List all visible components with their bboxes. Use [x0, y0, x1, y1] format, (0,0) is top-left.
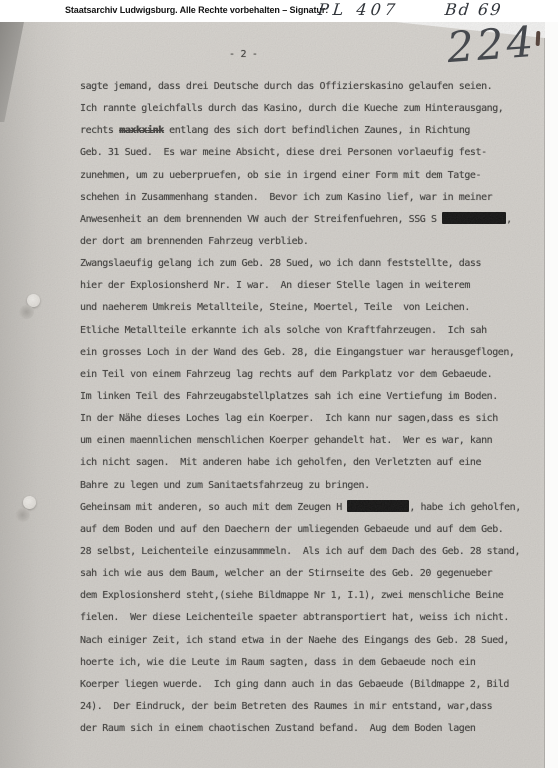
text-segment: Anwesenheit an dem brennenden VW auch de… [80, 214, 442, 225]
text-line: auf dem Boden und auf den Daechern der u… [80, 519, 550, 541]
text-line: dem Explosionsherd steht,(siehe Bildmapp… [80, 585, 550, 607]
text-segment: ein Teil von einem Fahrzeug lag rechts a… [80, 369, 492, 380]
text-segment: schehen in Zusammenhang standen. Bevor i… [80, 192, 492, 203]
text-line: 24). Der Eindruck, der beim Betreten des… [80, 696, 550, 718]
crossed-out-word: maxkxink [119, 125, 164, 136]
text-segment: und naeherem Umkreis Metallteile, Steine… [80, 302, 470, 313]
text-segment: fielen. Wer diese Leichenteile spaeter a… [80, 612, 509, 623]
text-line: Nach einiger Zeit, ich stand etwa in der… [80, 630, 550, 652]
hole-punch-shadow [19, 305, 34, 319]
scanned-document-page: Staatsarchiv Ludwigsburg. Alle Rechte vo… [0, 0, 558, 768]
text-segment: Bahre zu legen und zum Sanitaetsfahrzeug… [80, 480, 370, 491]
text-segment: der Raum sich in einem chaotischen Zusta… [80, 723, 476, 734]
text-line: sah ich wie aus dem Baum, welcher an der… [80, 563, 550, 585]
text-line: ich nicht sagen. Mit anderen habe ich ge… [80, 452, 550, 474]
folio-number-handwritten: 224 [445, 17, 537, 72]
text-segment: 24). Der Eindruck, der beim Betreten des… [80, 701, 492, 712]
text-line: und naeherem Umkreis Metallteile, Steine… [80, 297, 550, 319]
text-segment: Zwangslaeufig gelang ich zum Geb. 28 Sue… [80, 258, 481, 269]
text-segment: , [506, 214, 512, 225]
text-line: Geb. 31 Sued. Es war meine Absicht, dies… [80, 142, 550, 164]
typewritten-lines: sagte jemand, dass drei Deutsche durch d… [80, 76, 550, 740]
text-segment: dem Explosionsherd steht,(siehe Bildmapp… [80, 590, 503, 601]
text-segment: In der Nähe dieses Loches lag ein Koerpe… [80, 413, 498, 424]
text-line: 28 selbst, Leichenteile einzusammmeln. A… [80, 541, 550, 563]
hole-punch [23, 496, 36, 509]
text-segment: der dort am brennenden Fahrzeug verblieb… [80, 236, 308, 247]
text-line: Geheinsam mit anderen, so auch mit dem Z… [80, 497, 550, 519]
text-segment: zunehmen, um zu ueberpruefen, ob sie in … [80, 170, 481, 181]
text-segment: ein grosses Loch in der Wand des Geb. 28… [80, 347, 515, 358]
text-line: Anwesenheit an dem brennenden VW auch de… [80, 209, 550, 231]
text-segment: auf dem Boden und auf den Daechern der u… [80, 524, 503, 535]
text-line: Ich rannte gleichfalls durch das Kasino,… [80, 98, 550, 120]
text-segment: Im linken Teil des Fahrzeugabstellplatze… [80, 391, 498, 402]
text-line: Zwangslaeufig gelang ich zum Geb. 28 Sue… [80, 253, 550, 275]
text-line: zunehmen, um zu ueberpruefen, ob sie in … [80, 165, 550, 187]
text-line: der dort am brennenden Fahrzeug verblieb… [80, 231, 550, 253]
text-segment: hier der Explosionsherd Nr. I war. An di… [80, 280, 470, 291]
page-corner-shadow [0, 22, 24, 122]
text-line: der Raum sich in einem chaotischen Zusta… [80, 718, 550, 740]
redaction-bar [347, 500, 409, 512]
text-segment: Ich rannte gleichfalls durch das Kasino,… [80, 103, 503, 114]
text-line: ein Teil von einem Fahrzeug lag rechts a… [80, 364, 550, 386]
signature-handwritten: PL 407 [317, 0, 400, 19]
text-segment: Geb. 31 Sued. Es war meine Absicht, dies… [80, 147, 487, 158]
text-segment: Etliche Metallteile erkannte ich als sol… [80, 325, 487, 336]
text-segment: ich nicht sagen. Mit anderen habe ich ge… [80, 457, 481, 468]
page-number: - 2 - [229, 49, 258, 60]
text-line: ein grosses Loch in der Wand des Geb. 28… [80, 342, 550, 364]
text-line: um einen maennlichen menschlichen Koerpe… [80, 430, 550, 452]
text-segment: , habe ich geholfen, [409, 502, 520, 513]
text-line: Koerper liegen wuerde. Ich ging dann auc… [80, 674, 550, 696]
text-line: hier der Explosionsherd Nr. I war. An di… [80, 275, 550, 297]
text-line: schehen in Zusammenhang standen. Bevor i… [80, 187, 550, 209]
redaction-bar [442, 212, 506, 224]
text-line: Im linken Teil des Fahrzeugabstellplatze… [80, 386, 550, 408]
hole-punch-shadow [15, 508, 30, 522]
text-segment: Koerper liegen wuerde. Ich ging dann auc… [80, 679, 509, 690]
archive-header: Staatsarchiv Ludwigsburg. Alle Rechte vo… [0, 0, 558, 22]
text-line: rechts maxkxink entlang des sich dort be… [80, 120, 550, 142]
text-segment: Geheinsam mit anderen, so auch mit dem Z… [80, 502, 347, 513]
text-segment: rechts [80, 125, 119, 136]
text-line: fielen. Wer diese Leichenteile spaeter a… [80, 607, 550, 629]
text-segment: um einen maennlichen menschlichen Koerpe… [80, 435, 492, 446]
volume-handwritten: Bd 69 [444, 0, 503, 19]
text-segment: sagte jemand, dass drei Deutsche durch d… [80, 81, 492, 92]
paper-sheet: - 2 - 224 sagte jemand, dass drei Deutsc… [0, 22, 545, 768]
text-line: Etliche Metallteile erkannte ich als sol… [80, 320, 550, 342]
text-segment: 28 selbst, Leichenteile einzusammmeln. A… [80, 546, 520, 557]
text-segment: Nach einiger Zeit, ich stand etwa in der… [80, 635, 509, 646]
text-line: Bahre zu legen und zum Sanitaetsfahrzeug… [80, 475, 550, 497]
text-segment: sah ich wie aus dem Baum, welcher an der… [80, 568, 492, 579]
archive-copyright-label: Staatsarchiv Ludwigsburg. Alle Rechte vo… [65, 5, 328, 15]
text-line: hoerte ich, wie die Leute im Raum sagten… [80, 652, 550, 674]
text-line: sagte jemand, dass drei Deutsche durch d… [80, 76, 550, 98]
text-line: In der Nähe dieses Loches lag ein Koerpe… [80, 408, 550, 430]
text-segment: hoerte ich, wie die Leute im Raum sagten… [80, 657, 476, 668]
edge-mark [536, 31, 541, 46]
text-segment: entlang des sich dort befindlichen Zaune… [164, 125, 470, 136]
